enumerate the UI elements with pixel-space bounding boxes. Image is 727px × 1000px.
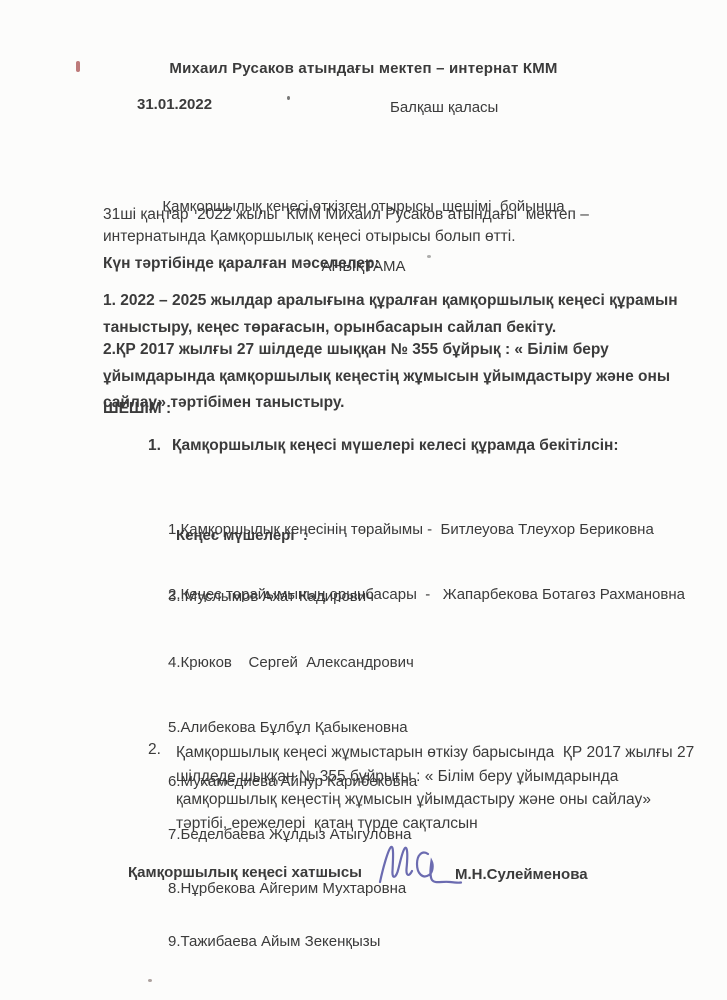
agenda-item-2: 2.ҚР 2017 жылғы 27 шілдеде шыққан № 355 … bbox=[103, 337, 695, 417]
agenda-item-1: 1. 2022 – 2025 жылдар аралығына құралған… bbox=[103, 288, 685, 341]
member-item: 9.Тажибаева Айым Зекенқызы bbox=[168, 932, 588, 952]
scan-speck bbox=[287, 96, 290, 100]
scan-speck bbox=[148, 979, 152, 982]
signature-name: М.Н.Сулейменова bbox=[455, 866, 588, 883]
scanned-document-page: Михаил Русаков атындағы мектеп – интерна… bbox=[0, 0, 727, 1000]
document-date: 31.01.2022 bbox=[137, 96, 212, 113]
handwritten-signature-icon bbox=[372, 838, 464, 894]
signature-role-label: Қамқоршылық кеңесі хатшысы bbox=[128, 864, 362, 881]
document-title: Михаил Русаков атындағы мектеп – интерна… bbox=[0, 60, 727, 77]
decision-2-text: Қамқоршылық кеңесі жұмыстарын өткізу бар… bbox=[176, 741, 701, 835]
intro-paragraph: 31ші қаңтар 2022 жылы КММ Михаил Русаков… bbox=[103, 204, 688, 248]
scan-speck-red bbox=[76, 61, 80, 72]
scan-speck bbox=[427, 255, 431, 258]
agenda-heading: Күн тәртібінде қаралған мәселелер: bbox=[103, 255, 380, 273]
member-item: 4.Крюков Сергей Александрович bbox=[168, 653, 588, 673]
decision-heading: ШЕШІМ : bbox=[103, 400, 171, 418]
member-item: 5.Алибекова Бұлбұл Қабыкеновна bbox=[168, 718, 588, 738]
decision-1-number: 1. bbox=[148, 437, 161, 455]
member-item: 3..Муслымов Ахат Кадирович bbox=[168, 587, 588, 607]
members-heading: Кеңес мүшелері : bbox=[176, 527, 308, 544]
document-city: Балқаш қаласы bbox=[390, 99, 498, 116]
decision-2-number: 2. bbox=[148, 741, 161, 759]
decision-1-text: Қамқоршылық кеңесі мүшелері келесі құрам… bbox=[172, 437, 672, 455]
